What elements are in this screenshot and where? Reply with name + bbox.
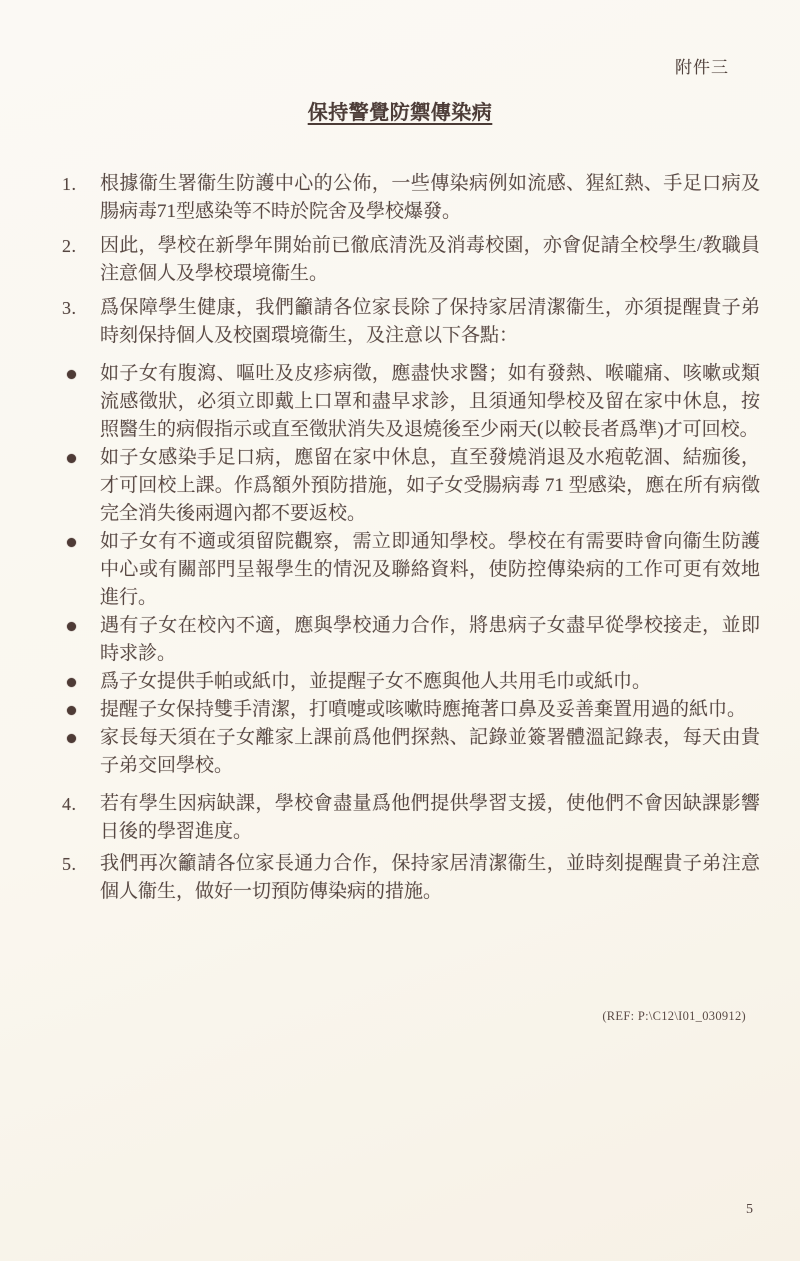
numbered-item: 3. 爲保障學生健康，我們籲請各位家長除了保持家居清潔衞生，亦須提醒貴子弟時刻保… bbox=[62, 294, 760, 350]
bullet-item-text: 如子女感染手足口病，應留在家中休息，直至發燒消退及水疱乾涸、結痂後，才可回校上課… bbox=[100, 444, 760, 528]
appendix-label: 附件三 bbox=[675, 53, 729, 78]
bullet-col bbox=[62, 612, 100, 631]
bullet-item-text: 如子女有腹瀉、嘔吐及皮疹病徵，應盡快求醫；如有發熱、喉嚨痛、咳嗽或類流感徵狀，必… bbox=[100, 360, 760, 444]
bullet-item: 如子女有不適或須留院觀察，需立即通知學校。學校在有需要時會向衞生防護中心或有關部… bbox=[62, 528, 760, 612]
numbered-item-marker: 1. bbox=[62, 170, 100, 198]
bullet-col bbox=[62, 724, 100, 743]
bullet-item-text: 家長每天須在子女離家上課前爲他們探熱、記錄並簽署體溫記錄表，每天由貴子弟交回學校… bbox=[100, 724, 760, 780]
bullet-item: 提醒子女保持雙手清潔，打噴嚏或咳嗽時應掩著口鼻及妥善棄置用過的紙巾。 bbox=[62, 696, 760, 724]
notice-body: 1. 根據衞生署衞生防護中心的公佈，一些傳染病例如流感、猩紅熱、手足口病及腸病毒… bbox=[62, 170, 760, 910]
numbered-item: 2. 因此，學校在新學年開始前已徹底清洗及消毒校園，亦會促請全校學生/教職員注意… bbox=[62, 232, 760, 288]
numbered-item-text: 因此，學校在新學年開始前已徹底清洗及消毒校園，亦會促請全校學生/教職員注意個人及… bbox=[100, 232, 760, 288]
page-title: 保持警覺防禦傳染病 bbox=[0, 96, 800, 125]
bullet-item: 如子女感染手足口病，應留在家中休息，直至發燒消退及水疱乾涸、結痂後，才可回校上課… bbox=[62, 444, 760, 528]
bullet-col bbox=[62, 444, 100, 463]
numbered-item-marker: 3. bbox=[62, 294, 100, 322]
bullet-list: 如子女有腹瀉、嘔吐及皮疹病徵，應盡快求醫；如有發熱、喉嚨痛、咳嗽或類流感徵狀，必… bbox=[62, 360, 760, 780]
bullet-item-text: 遇有子女在校內不適，應與學校通力合作，將患病子女盡早從學校接走，並即時求診。 bbox=[100, 612, 760, 668]
page-title-text: 保持警覺防禦傳染病 bbox=[308, 102, 493, 124]
bullet-icon bbox=[67, 622, 76, 631]
bottom-numbered-items: 4. 若有學生因病缺課，學校會盡量爲他們提供學習支援，使他們不會因缺課影響日後的… bbox=[62, 790, 760, 906]
numbered-item-text: 爲保障學生健康，我們籲請各位家長除了保持家居清潔衞生，亦須提醒貴子弟時刻保持個人… bbox=[100, 294, 760, 350]
numbered-item: 1. 根據衞生署衞生防護中心的公佈，一些傳染病例如流感、猩紅熱、手足口病及腸病毒… bbox=[62, 170, 760, 226]
bullet-item: 如子女有腹瀉、嘔吐及皮疹病徵，應盡快求醫；如有發熱、喉嚨痛、咳嗽或類流感徵狀，必… bbox=[62, 360, 760, 444]
bullet-icon bbox=[67, 678, 76, 687]
bullet-icon bbox=[67, 706, 76, 715]
bullet-item-text: 提醒子女保持雙手清潔，打噴嚏或咳嗽時應掩著口鼻及妥善棄置用過的紙巾。 bbox=[100, 696, 760, 724]
bullet-item: 遇有子女在校內不適，應與學校通力合作，將患病子女盡早從學校接走，並即時求診。 bbox=[62, 612, 760, 668]
numbered-item-text: 根據衞生署衞生防護中心的公佈，一些傳染病例如流感、猩紅熱、手足口病及腸病毒71型… bbox=[100, 170, 760, 226]
numbered-item-marker: 2. bbox=[62, 232, 100, 260]
numbered-item: 4. 若有學生因病缺課，學校會盡量爲他們提供學習支援，使他們不會因缺課影響日後的… bbox=[62, 790, 760, 846]
page-number: 5 bbox=[746, 1202, 753, 1218]
reference-code: (REF: P:\C12\I01_030912) bbox=[602, 1009, 746, 1024]
bullet-col bbox=[62, 668, 100, 687]
bullet-icon bbox=[67, 454, 76, 463]
bullet-item-text: 如子女有不適或須留院觀察，需立即通知學校。學校在有需要時會向衞生防護中心或有關部… bbox=[100, 528, 760, 612]
scanned-notice-page: 附件三 保持警覺防禦傳染病 1. 根據衞生署衞生防護中心的公佈，一些傳染病例如流… bbox=[0, 0, 800, 1261]
bullet-col bbox=[62, 528, 100, 547]
bullet-col bbox=[62, 696, 100, 715]
numbered-item: 5. 我們再次籲請各位家長通力合作，保持家居清潔衞生，並時刻提醒貴子弟注意個人衞… bbox=[62, 850, 760, 906]
bullet-icon bbox=[67, 370, 76, 379]
numbered-item-marker: 4. bbox=[62, 790, 100, 818]
bullet-item: 家長每天須在子女離家上課前爲他們探熱、記錄並簽署體溫記錄表，每天由貴子弟交回學校… bbox=[62, 724, 760, 780]
bullet-item: 爲子女提供手帕或紙巾，並提醒子女不應與他人共用毛巾或紙巾。 bbox=[62, 668, 760, 696]
numbered-item-text: 我們再次籲請各位家長通力合作，保持家居清潔衞生，並時刻提醒貴子弟注意個人衞生，做… bbox=[100, 850, 760, 906]
numbered-item-text: 若有學生因病缺課，學校會盡量爲他們提供學習支援，使他們不會因缺課影響日後的學習進… bbox=[100, 790, 760, 846]
bullet-item-text: 爲子女提供手帕或紙巾，並提醒子女不應與他人共用毛巾或紙巾。 bbox=[100, 668, 760, 696]
bullet-icon bbox=[67, 538, 76, 547]
bullet-col bbox=[62, 360, 100, 379]
bullet-icon bbox=[67, 734, 76, 743]
numbered-item-marker: 5. bbox=[62, 850, 100, 878]
